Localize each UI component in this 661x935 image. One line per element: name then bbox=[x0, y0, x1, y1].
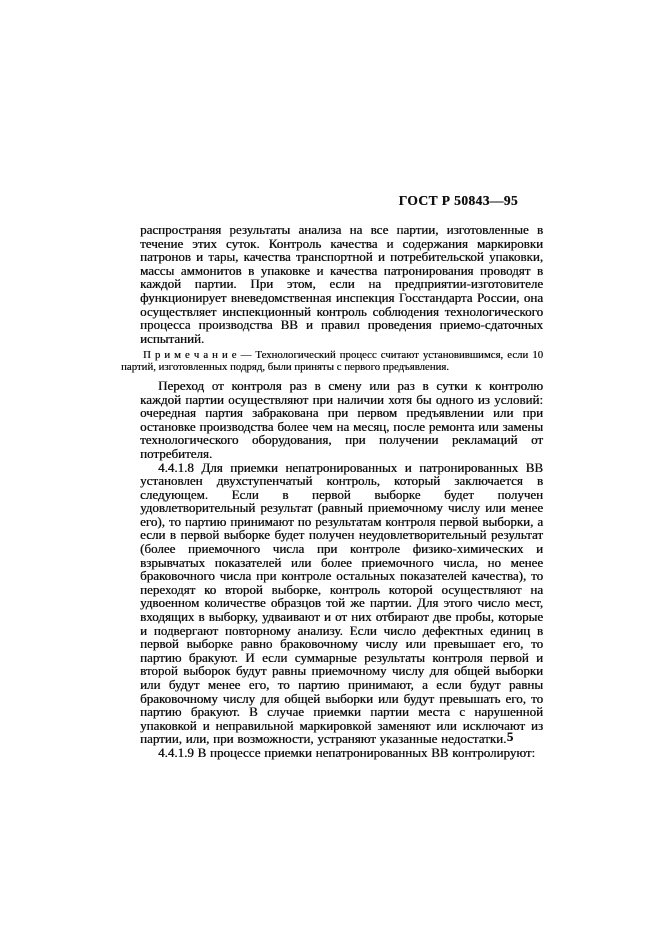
clause-4-4-1-9: 4.4.1.9 В процессе приемки непатронирова… bbox=[140, 746, 543, 760]
note-paragraph: П р и м е ч а н и е — Технологический пр… bbox=[121, 350, 543, 374]
page-number: 5 bbox=[500, 729, 520, 745]
running-header: ГОСТ Р 50843—95 bbox=[140, 193, 543, 209]
paragraph-transition-rule: Переход от контроля раз в смену или раз … bbox=[140, 379, 543, 461]
text-column: ГОСТ Р 50843—95 распространяя результаты… bbox=[140, 193, 543, 760]
paragraph-continuation: распространяя результаты анализа на все … bbox=[140, 223, 543, 345]
clause-4-4-1-8: 4.4.1.8 Для приемки непатронированных и … bbox=[140, 461, 543, 746]
document-page: ГОСТ Р 50843—95 распространяя результаты… bbox=[0, 0, 661, 935]
